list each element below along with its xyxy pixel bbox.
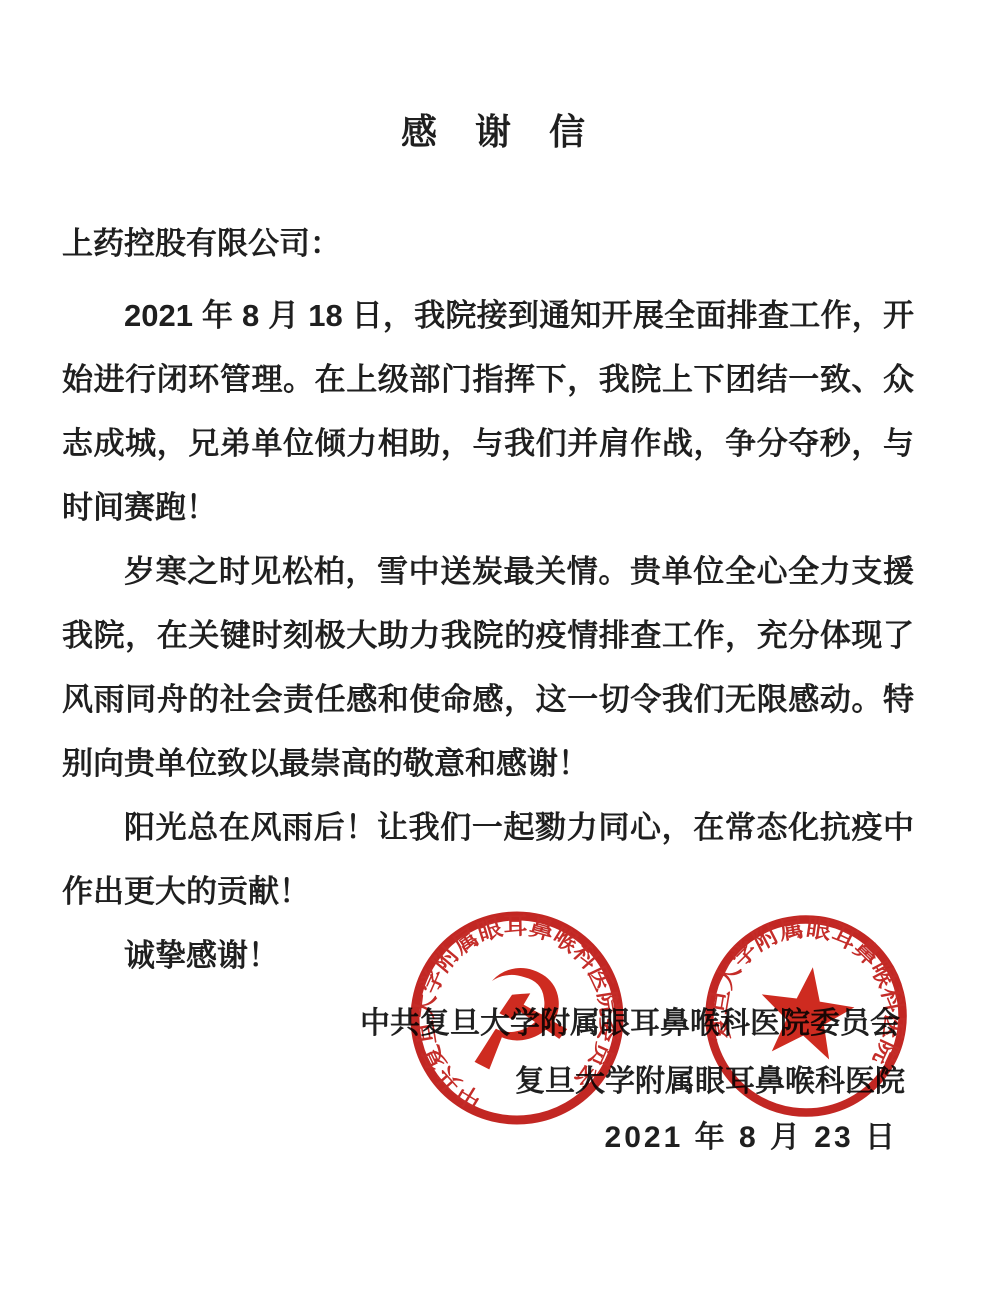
- paragraph-1: 2021 年 8 月 18 日，我院接到通知开展全面排查工作，开始进行闭环管理。…: [62, 284, 914, 540]
- page-title: 感 谢 信: [0, 104, 1000, 155]
- party-committee-seal-stamp: 中共复旦大学附属眼耳鼻喉科医院委员会 ☭: [391, 892, 644, 1145]
- hammer-sickle-icon: ☭: [448, 935, 587, 1104]
- letter-body: 上药控股有限公司： 2021 年 8 月 18 日，我院接到通知开展全面排查工作…: [62, 212, 914, 988]
- star-icon: [754, 961, 859, 1062]
- paragraph-3: 阳光总在风雨后！让我们一起勠力同心，在常态化抗疫中作出更大的贡献！: [62, 796, 914, 924]
- letter-page: 感 谢 信 上药控股有限公司： 2021 年 8 月 18 日，我院接到通知开展…: [0, 0, 1000, 1299]
- hospital-seal-stamp: 复旦大学附属眼耳鼻喉科医院: [686, 896, 925, 1135]
- paragraph-2: 岁寒之时见松柏，雪中送炭最关情。贵单位全心全力支援我院，在关键时刻极大助力我院的…: [62, 540, 914, 796]
- addressee-line: 上药控股有限公司：: [62, 212, 914, 276]
